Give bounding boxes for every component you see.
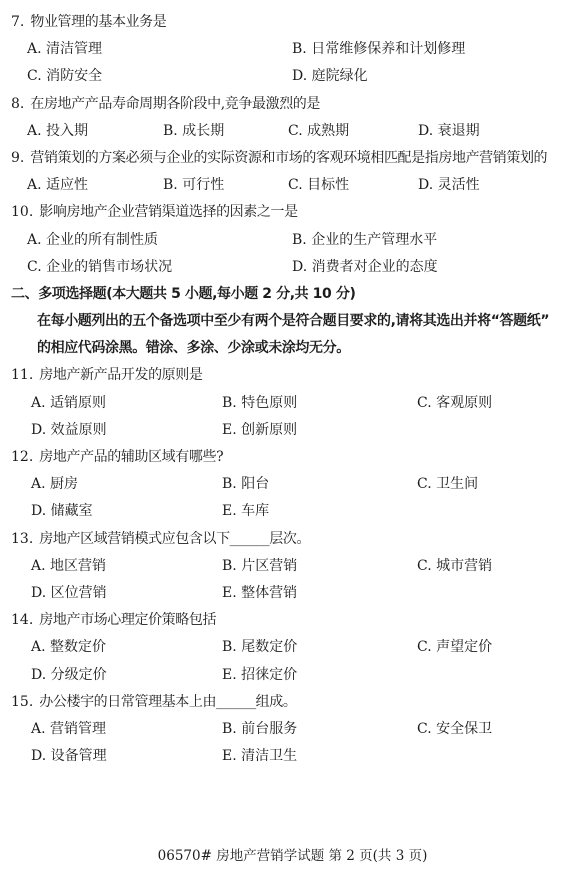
question-number: 8. [11, 91, 24, 118]
section-2-header: 二、多项选择题(本大题共 5 小题,每小题 2 分,共 10 分) [11, 281, 585, 308]
option-D: D. 灵活性 [418, 172, 480, 199]
question-number: 11. [11, 362, 33, 389]
option-B: B. 特色原则 [222, 390, 297, 417]
option-B: B. 片区营销 [222, 553, 297, 580]
option-row: D. 分级定价E. 招徕定价 [11, 662, 585, 689]
question-block-14: 14.房地产市场心理定价策略包括A. 整数定价B. 尾数定价C. 声望定价D. … [11, 607, 585, 689]
option-row: A. 整数定价B. 尾数定价C. 声望定价 [11, 634, 585, 661]
option-A: A. 清洁管理 [27, 36, 102, 63]
question-block-10: 10.影响房地产企业营销渠道选择的因素之一是A. 企业的所有制性质B. 企业的生… [11, 199, 585, 281]
question-text: 办公楼宇的日常管理基本上由______组成。 [39, 694, 296, 710]
option-E: E. 清洁卫生 [222, 743, 297, 770]
option-E: E. 招徕定价 [222, 662, 297, 689]
option-row: D. 效益原则E. 创新原则 [11, 417, 585, 444]
option-A: A. 营销管理 [31, 716, 106, 743]
option-D: D. 区位营销 [31, 580, 107, 607]
question-text-line: 13.房地产区域营销模式应包含以下______层次。 [11, 526, 585, 553]
question-block-12: 12.房地产产品的辅助区域有哪些?A. 厨房B. 阳台C. 卫生间D. 储藏室E… [11, 444, 585, 526]
option-C: C. 企业的销售市场状况 [27, 254, 172, 281]
question-text: 房地产市场心理定价策略包括 [39, 612, 216, 628]
question-text: 影响房地产企业营销渠道选择的因素之一是 [39, 204, 297, 220]
question-text-line: 7.物业管理的基本业务是 [11, 9, 585, 36]
question-number: 7. [11, 9, 24, 36]
option-A: A. 投入期 [27, 118, 88, 145]
section-2-instructions-line-1: 在每小题列出的五个备选项中至少有两个是符合题目要求的,请将其选出并将“答题纸” [11, 308, 585, 335]
question-number: 15. [11, 689, 33, 716]
question-number: 14. [11, 607, 33, 634]
option-row: D. 储藏室E. 车库 [11, 498, 585, 525]
option-C: C. 声望定价 [417, 634, 492, 661]
option-B: B. 前台服务 [222, 716, 297, 743]
question-text: 房地产产品的辅助区域有哪些? [39, 449, 223, 465]
question-text: 房地产新产品开发的原则是 [39, 367, 202, 383]
option-C: C. 成熟期 [288, 118, 349, 145]
question-text: 营销策划的方案必须与企业的实际资源和市场的客观环境相匹配是指房地产营销策划的 [30, 150, 547, 166]
option-B: B. 企业的生产管理水平 [292, 227, 437, 254]
question-block-8: 8.在房地产产品寿命周期各阶段中,竞争最激烈的是A. 投入期B. 成长期C. 成… [11, 91, 585, 145]
option-D: D. 衰退期 [418, 118, 480, 145]
exam-page: 7.物业管理的基本业务是A. 清洁管理B. 日常维修保养和计划修理C. 消防安全… [0, 0, 585, 885]
option-E: E. 车库 [222, 498, 269, 525]
question-number: 10. [11, 199, 33, 226]
option-row: D. 区位营销E. 整体营销 [11, 580, 585, 607]
question-number: 9. [11, 145, 24, 172]
section-2-instructions-line-2: 的相应代码涂黑。错涂、多涂、少涂或未涂均无分。 [11, 335, 585, 362]
option-D: D. 消费者对企业的态度 [292, 254, 438, 281]
option-C: C. 卫生间 [417, 471, 478, 498]
option-row: A. 地区营销B. 片区营销C. 城市营销 [11, 553, 585, 580]
question-block-13: 13.房地产区域营销模式应包含以下______层次。A. 地区营销B. 片区营销… [11, 526, 585, 608]
question-text-line: 15.办公楼宇的日常管理基本上由______组成。 [11, 689, 585, 716]
option-D: D. 设备管理 [31, 743, 107, 770]
option-row: A. 适销原则B. 特色原则C. 客观原则 [11, 390, 585, 417]
option-row: A. 适应性B. 可行性C. 目标性D. 灵活性 [11, 172, 585, 199]
option-D: D. 庭院绿化 [292, 63, 368, 90]
option-A: A. 厨房 [31, 471, 78, 498]
option-C: C. 客观原则 [417, 390, 492, 417]
option-D: D. 分级定价 [31, 662, 107, 689]
option-E: E. 创新原则 [222, 417, 297, 444]
single-choice-questions-list: 7.物业管理的基本业务是A. 清洁管理B. 日常维修保养和计划修理C. 消防安全… [11, 9, 585, 281]
option-A: A. 适销原则 [31, 390, 106, 417]
option-row: A. 营销管理B. 前台服务C. 安全保卫 [11, 716, 585, 743]
question-text-line: 9.营销策划的方案必须与企业的实际资源和市场的客观环境相匹配是指房地产营销策划的 [11, 145, 585, 172]
question-text-line: 10.影响房地产企业营销渠道选择的因素之一是 [11, 199, 585, 226]
option-row: C. 消防安全D. 庭院绿化 [11, 63, 585, 90]
question-text: 房地产区域营销模式应包含以下______层次。 [39, 531, 310, 547]
option-row: C. 企业的销售市场状况D. 消费者对企业的态度 [11, 254, 585, 281]
question-text: 在房地产产品寿命周期各阶段中,竞争最激烈的是 [30, 96, 320, 112]
option-row: A. 厨房B. 阳台C. 卫生间 [11, 471, 585, 498]
option-B: B. 阳台 [222, 471, 269, 498]
option-C: C. 目标性 [288, 172, 349, 199]
question-text: 物业管理的基本业务是 [30, 14, 166, 30]
option-E: E. 整体营销 [222, 580, 297, 607]
question-text-line: 11.房地产新产品开发的原则是 [11, 362, 585, 389]
option-A: A. 企业的所有制性质 [27, 227, 158, 254]
question-text-line: 12.房地产产品的辅助区域有哪些? [11, 444, 585, 471]
option-D: D. 储藏室 [31, 498, 93, 525]
page-footer: 06570# 房地产营销学试题 第 2 页(共 3 页) [0, 844, 585, 864]
option-C: C. 安全保卫 [417, 716, 492, 743]
option-D: D. 效益原则 [31, 417, 107, 444]
question-block-15: 15.办公楼宇的日常管理基本上由______组成。A. 营销管理B. 前台服务C… [11, 689, 585, 771]
multi-choice-questions-list: 11.房地产新产品开发的原则是A. 适销原则B. 特色原则C. 客观原则D. 效… [11, 362, 585, 770]
option-A: A. 适应性 [27, 172, 88, 199]
option-B: B. 日常维修保养和计划修理 [292, 36, 465, 63]
question-block-11: 11.房地产新产品开发的原则是A. 适销原则B. 特色原则C. 客观原则D. 效… [11, 362, 585, 444]
question-block-7: 7.物业管理的基本业务是A. 清洁管理B. 日常维修保养和计划修理C. 消防安全… [11, 9, 585, 91]
question-block-9: 9.营销策划的方案必须与企业的实际资源和市场的客观环境相匹配是指房地产营销策划的… [11, 145, 585, 199]
option-B: B. 可行性 [163, 172, 224, 199]
option-row: A. 企业的所有制性质B. 企业的生产管理水平 [11, 227, 585, 254]
option-row: A. 清洁管理B. 日常维修保养和计划修理 [11, 36, 585, 63]
option-B: B. 尾数定价 [222, 634, 297, 661]
question-text-line: 8.在房地产产品寿命周期各阶段中,竞争最激烈的是 [11, 91, 585, 118]
option-C: C. 消防安全 [27, 63, 102, 90]
option-row: D. 设备管理E. 清洁卫生 [11, 743, 585, 770]
option-C: C. 城市营销 [417, 553, 492, 580]
option-A: A. 整数定价 [31, 634, 106, 661]
question-number: 13. [11, 526, 33, 553]
option-B: B. 成长期 [163, 118, 224, 145]
question-number: 12. [11, 444, 33, 471]
option-A: A. 地区营销 [31, 553, 106, 580]
question-text-line: 14.房地产市场心理定价策略包括 [11, 607, 585, 634]
option-row: A. 投入期B. 成长期C. 成熟期D. 衰退期 [11, 118, 585, 145]
exam-content: 7.物业管理的基本业务是A. 清洁管理B. 日常维修保养和计划修理C. 消防安全… [0, 0, 585, 770]
